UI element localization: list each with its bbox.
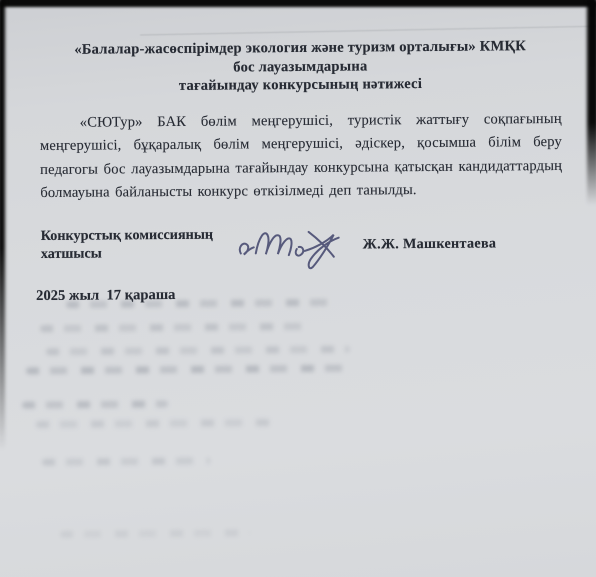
document-title: «Балалар-жасөспірімдер экология және тур… [39, 37, 561, 97]
bleedthrough-mark [26, 365, 348, 375]
photo-edge-top [0, 0, 596, 7]
signature-block: Конкурстық комиссияның хатшысы Ж.Ж. Машк… [41, 220, 563, 286]
bleedthrough-mark [60, 529, 250, 538]
document-page: «Балалар-жасөспірімдер экология және тур… [0, 0, 596, 305]
bleedthrough-mark [46, 346, 350, 356]
body-paragraph: «СЮТур» БАК бөлім меңгерушісі, туристік … [40, 107, 563, 205]
title-line-3: тағайындау конкурсының нәтижесі [39, 74, 561, 97]
signer-name: Ж.Ж. Машкентаева [363, 235, 497, 253]
signer-role-label: Конкурстық комиссияның хатшысы [41, 225, 253, 264]
bleedthrough-mark [40, 323, 312, 332]
photo-edge-right [587, 0, 596, 205]
photo-edge-left [0, 0, 5, 450]
scanned-document-photo: «Балалар-жасөспірімдер экология және тур… [0, 0, 596, 577]
bleedthrough-mark [42, 457, 210, 465]
handwritten-signature-icon [237, 214, 357, 277]
bleedthrough-mark [22, 400, 168, 408]
bleedthrough-mark [36, 419, 272, 428]
bleedthrough-mark [66, 299, 334, 308]
